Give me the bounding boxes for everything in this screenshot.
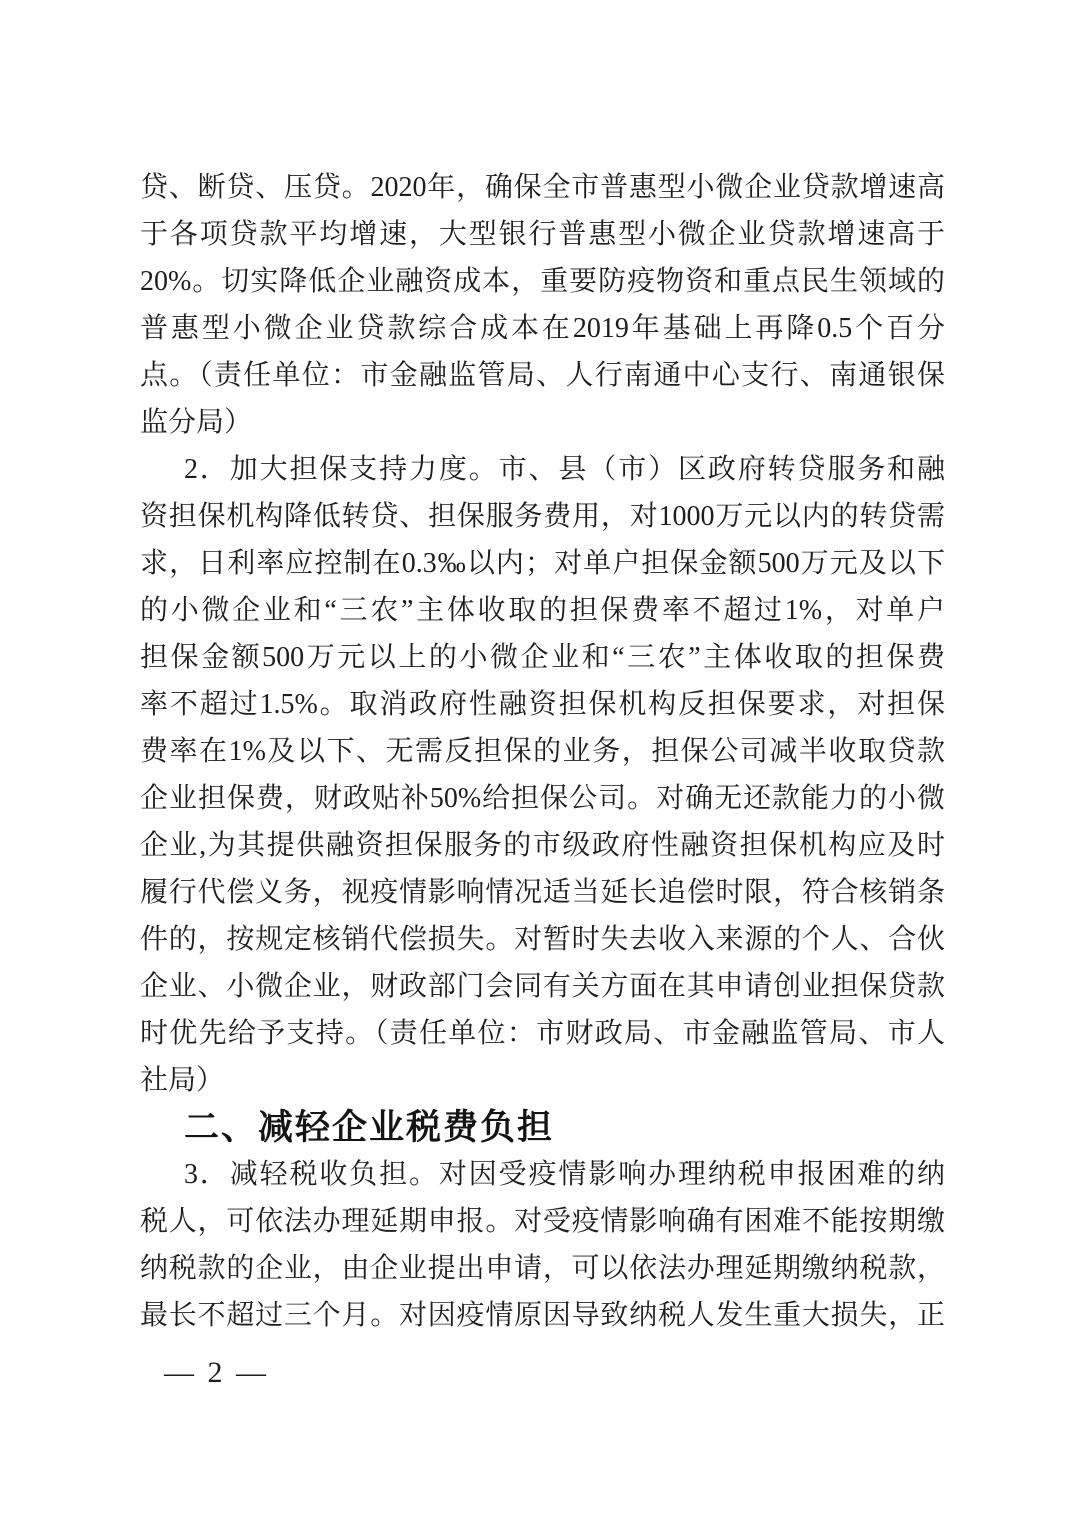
- body-line: 20%。切实降低企业融资成本，重要防疫物资和重点民生领域的: [140, 258, 945, 305]
- body-line: 时优先给予支持。（责任单位：市财政局、市金融监管局、市人: [140, 1010, 945, 1057]
- body-line: 企业,为其提供融资担保服务的市级政府性融资担保机构应及时: [140, 822, 945, 869]
- body-line: 求，日利率应控制在0.3‰以内；对单户担保金额500万元及以下: [140, 540, 945, 587]
- body-line: 3．减轻税收负担。对因受疫情影响办理纳税申报困难的纳: [140, 1151, 945, 1198]
- body-line: 贷、断贷、压贷。2020年，确保全市普惠型小微企业贷款增速高: [140, 164, 945, 211]
- paragraph-2: 2．加大担保支持力度。市、县（市）区政府转贷服务和融 资担保机构降低转贷、担保服…: [140, 446, 945, 1104]
- body-line: 的小微企业和“三农”主体收取的担保费率不超过1%，对单户: [140, 587, 945, 634]
- body-line: 点。（责任单位：市金融监管局、人行南通中心支行、南通银保: [140, 352, 945, 399]
- body-line: 企业、小微企业，财政部门会同有关方面在其申请创业担保贷款: [140, 963, 945, 1010]
- body-line: 税人，可依法办理延期申报。对受疫情影响确有困难不能按期缴: [140, 1198, 945, 1245]
- page-number: — 2 —: [140, 1353, 945, 1393]
- document-page: 贷、断贷、压贷。2020年，确保全市普惠型小微企业贷款增速高 于各项贷款平均增速…: [0, 0, 1080, 1527]
- body-line: 监分局）: [140, 399, 945, 446]
- body-line: 于各项贷款平均增速，大型银行普惠型小微企业贷款增速高于: [140, 211, 945, 258]
- body-line: 最长不超过三个月。对因疫情原因导致纳税人发生重大损失，正: [140, 1292, 945, 1339]
- body-line: 社局）: [140, 1057, 945, 1104]
- body-line: 纳税款的企业，由企业提出申请，可以依法办理延期缴纳税款，: [140, 1245, 945, 1292]
- body-line: 担保金额500万元以上的小微企业和“三农”主体收取的担保费: [140, 634, 945, 681]
- body-line: 费率在1%及以下、无需反担保的业务，担保公司减半收取贷款: [140, 728, 945, 775]
- section-heading: 二、减轻企业税费负担: [140, 1104, 945, 1151]
- document-body: 贷、断贷、压贷。2020年，确保全市普惠型小微企业贷款增速高 于各项贷款平均增速…: [140, 164, 945, 1393]
- body-line: 2．加大担保支持力度。市、县（市）区政府转贷服务和融: [140, 446, 945, 493]
- body-line: 普惠型小微企业贷款综合成本在2019年基础上再降0.5个百分: [140, 305, 945, 352]
- paragraph-1: 贷、断贷、压贷。2020年，确保全市普惠型小微企业贷款增速高 于各项贷款平均增速…: [140, 164, 945, 446]
- body-line: 资担保机构降低转贷、担保服务费用，对1000万元以内的转贷需: [140, 493, 945, 540]
- body-line: 件的，按规定核销代偿损失。对暂时失去收入来源的个人、合伙: [140, 916, 945, 963]
- body-line: 履行代偿义务，视疫情影响情况适当延长追偿时限，符合核销条: [140, 869, 945, 916]
- body-line: 率不超过1.5%。取消政府性融资担保机构反担保要求，对担保: [140, 681, 945, 728]
- body-line: 企业担保费，财政贴补50%给担保公司。对确无还款能力的小微: [140, 775, 945, 822]
- paragraph-3: 3．减轻税收负担。对因受疫情影响办理纳税申报困难的纳 税人，可依法办理延期申报。…: [140, 1151, 945, 1339]
